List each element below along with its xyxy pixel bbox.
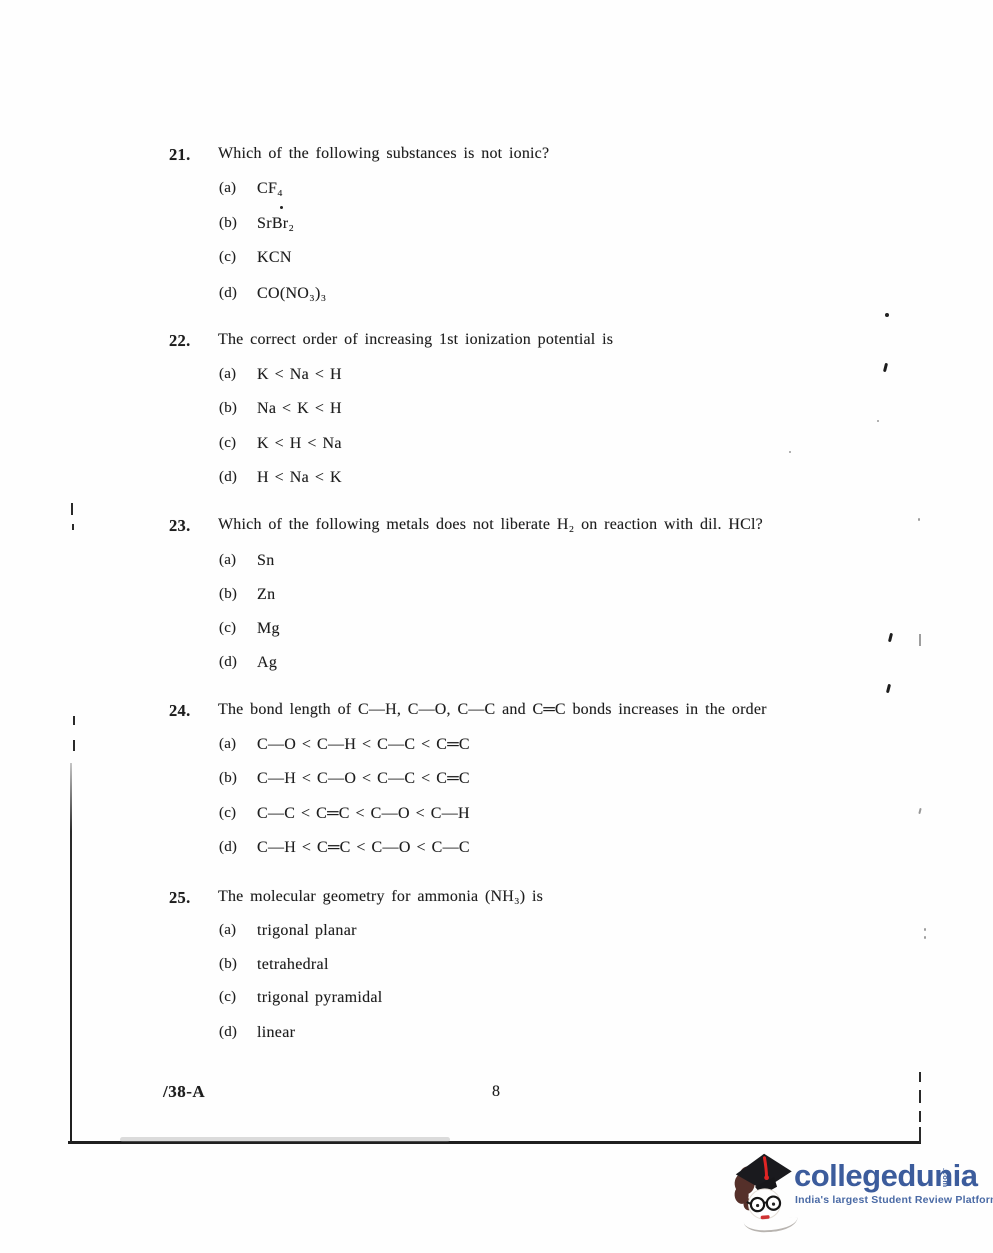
option-c: (c) Mg xyxy=(0,620,993,642)
option-value: C—C < C═C < C—O < C—H xyxy=(257,805,470,823)
option-value: K < H < Na xyxy=(257,435,342,453)
option-a: (a) trigonal planar xyxy=(0,922,993,944)
option-value: CF₄ xyxy=(257,180,283,198)
option-value: H < Na < K xyxy=(257,469,342,487)
option-label: (b) xyxy=(219,956,237,973)
option-value: C—H < C—O < C—C < C═C xyxy=(257,770,470,788)
option-d: (d) CO(NO₃)₃ xyxy=(0,285,993,307)
scan-artifact xyxy=(924,936,926,939)
question-number: 25. xyxy=(169,888,191,908)
option-b: (b) SrBr₂ xyxy=(0,215,993,237)
scan-artifact xyxy=(789,451,791,453)
option-label: (b) xyxy=(219,215,237,232)
scan-artifact xyxy=(877,420,879,422)
option-label: (d) xyxy=(219,469,237,486)
logo-swoosh xyxy=(744,1217,799,1234)
option-value: KCN xyxy=(257,249,292,267)
logo-tagline: India's largest Student Review Platform xyxy=(795,1194,953,1206)
question-25: 25. The molecular geometry for ammonia (… xyxy=(0,888,993,1058)
option-b: (b) tetrahedral xyxy=(0,956,993,978)
collegedunia-mascot-icon xyxy=(728,1145,799,1228)
option-label: (d) xyxy=(219,1024,237,1041)
question-number: 22. xyxy=(169,331,191,351)
option-value: Na < K < H xyxy=(257,400,342,418)
option-value: trigonal planar xyxy=(257,922,357,940)
option-d: (d) H < Na < K xyxy=(0,469,993,491)
option-a: (a) K < Na < H xyxy=(0,366,993,388)
page-border-right-dash xyxy=(919,1127,921,1143)
option-label: (c) xyxy=(219,989,236,1006)
option-label: (b) xyxy=(219,400,237,417)
question-text: Which of the following metals does not l… xyxy=(218,516,763,534)
page-border-right-dash xyxy=(919,1072,921,1082)
question-21: 21. Which of the following substances is… xyxy=(0,145,993,315)
scanned-exam-page: 21. Which of the following substances is… xyxy=(0,0,993,1253)
question-text: The bond length of C—H, C—O, C—C and C═C… xyxy=(218,701,767,719)
page-number: 8 xyxy=(492,1083,500,1101)
collegedunia-logo: collegedunia .com India's largest Studen… xyxy=(731,1146,993,1238)
scan-artifact xyxy=(919,634,921,646)
option-label: (a) xyxy=(219,180,236,197)
option-label: (d) xyxy=(219,654,237,671)
option-d: (d) linear xyxy=(0,1024,993,1046)
option-label: (c) xyxy=(219,249,236,266)
question-text: The molecular geometry for ammonia (NH₃)… xyxy=(218,888,543,906)
option-value: C—O < C—H < C—C < C═C xyxy=(257,736,470,754)
scan-artifact xyxy=(886,684,891,693)
option-a: (a) C—O < C—H < C—C < C═C xyxy=(0,736,993,758)
option-value: Zn xyxy=(257,586,275,604)
option-label: (c) xyxy=(219,805,236,822)
option-a: (a) Sn xyxy=(0,552,993,574)
option-label: (a) xyxy=(219,552,236,569)
scan-artifact xyxy=(73,716,75,725)
option-label: (c) xyxy=(219,435,236,452)
paper-code: /38-A xyxy=(163,1082,205,1102)
option-value: Sn xyxy=(257,552,275,570)
option-label: (b) xyxy=(219,770,237,787)
option-label: (a) xyxy=(219,736,236,753)
option-label: (b) xyxy=(219,586,237,603)
option-value: C—H < C═C < C—O < C—C xyxy=(257,839,470,857)
scan-artifact xyxy=(71,503,73,515)
option-b: (b) Na < K < H xyxy=(0,400,993,422)
option-c: (c) C—C < C═C < C—O < C—H xyxy=(0,805,993,827)
question-text: Which of the following substances is not… xyxy=(218,145,549,163)
option-value: linear xyxy=(257,1024,295,1042)
question-24: 24. The bond length of C—H, C—O, C—C and… xyxy=(0,701,993,871)
option-a: (a) CF₄ xyxy=(0,180,993,202)
option-c: (c) KCN xyxy=(0,249,993,271)
option-label: (c) xyxy=(219,620,236,637)
option-value: K < Na < H xyxy=(257,366,342,384)
option-label: (a) xyxy=(219,922,236,939)
option-value: CO(NO₃)₃ xyxy=(257,285,327,303)
scan-artifact xyxy=(72,524,74,530)
option-value: SrBr₂ xyxy=(257,215,294,233)
scan-artifact xyxy=(918,518,920,521)
option-label: (d) xyxy=(219,285,237,302)
option-d: (d) C—H < C═C < C—O < C—C xyxy=(0,839,993,861)
scan-artifact xyxy=(280,206,283,209)
scan-artifact xyxy=(924,928,926,931)
option-b: (b) C—H < C—O < C—C < C═C xyxy=(0,770,993,792)
option-value: Ag xyxy=(257,654,277,672)
scan-artifact xyxy=(885,313,889,317)
option-c: (c) trigonal pyramidal xyxy=(0,989,993,1011)
question-number: 24. xyxy=(169,701,191,721)
option-c: (c) K < H < Na xyxy=(0,435,993,457)
option-label: (d) xyxy=(219,839,237,856)
question-22: 22. The correct order of increasing 1st … xyxy=(0,331,993,501)
page-border-left xyxy=(70,763,72,1143)
scan-artifact xyxy=(73,740,75,751)
option-value: Mg xyxy=(257,620,280,638)
question-number: 21. xyxy=(169,145,191,165)
option-b: (b) Zn xyxy=(0,586,993,608)
option-value: trigonal pyramidal xyxy=(257,989,383,1007)
question-number: 23. xyxy=(169,516,191,536)
question-text: The correct order of increasing 1st ioni… xyxy=(218,331,613,349)
logo-dotcom-label: .com xyxy=(941,1168,950,1188)
option-label: (a) xyxy=(219,366,236,383)
page-border-right-dash xyxy=(919,1090,921,1103)
option-value: tetrahedral xyxy=(257,956,329,974)
page-border-right-dash xyxy=(919,1111,921,1122)
option-d: (d) Ag xyxy=(0,654,993,676)
scan-smudge xyxy=(120,1137,450,1142)
question-23: 23. Which of the following metals does n… xyxy=(0,516,993,686)
